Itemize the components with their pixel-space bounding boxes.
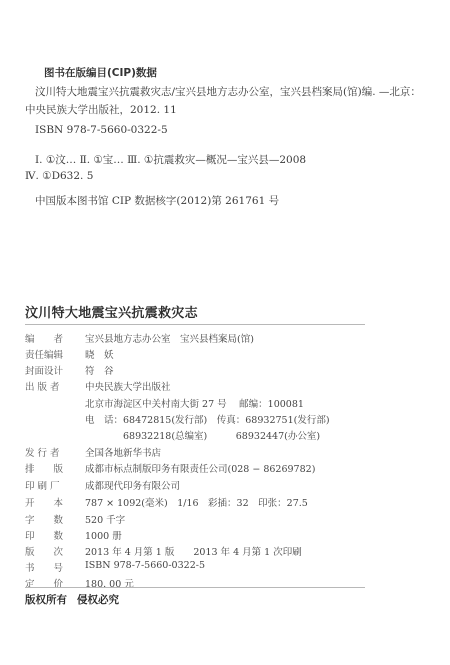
top-divider (25, 324, 365, 325)
copyright-reserved: 版权所有 (25, 594, 67, 606)
row-value: 520 千字 (85, 512, 125, 528)
row-publisher: 出 版 者 中央民族大学出版社 (25, 379, 171, 395)
row-value: 成都现代印务有限公司 (85, 478, 180, 494)
row-value: ISBN 978-7-5660-0322-5 (85, 560, 205, 576)
row-price: 定 价 180. 00 元 (25, 576, 134, 592)
row-format: 开 本 787 × 1092(毫米) 1/16 彩插：32 印张：27.5 (25, 495, 308, 511)
row-label: 责任编辑 (25, 347, 85, 363)
row-value: 宝兴县地方志办公室 宝兴县档案局(馆) (85, 331, 254, 347)
row-label: 印 数 (25, 528, 85, 544)
row-label: 出 版 者 (25, 379, 85, 395)
row-word-count: 字 数 520 千字 (25, 512, 125, 528)
row-publisher-address: 北京市海淀区中关村南大街 27 号 邮编：100081 (25, 396, 304, 412)
cip-classification-2: Ⅳ. ①D632. 5 (25, 170, 93, 182)
row-value: 成都市标点制版印务有限责任公司(028 − 86269782) (85, 461, 315, 477)
row-publisher-phone-2: 68932218(总编室) 68932447(办公室) (25, 428, 320, 444)
row-label: 印 刷 厂 (25, 478, 85, 494)
row-label: 发 行 者 (25, 445, 85, 461)
row-value: 电 话：68472815(发行部) 传真：68932751(发行部) (85, 412, 330, 428)
row-isbn: 书 号 ISBN 978-7-5660-0322-5 (25, 560, 205, 576)
row-value: 180. 00 元 (85, 576, 134, 592)
row-value: 符 谷 (85, 363, 114, 379)
row-value: 中央民族大学出版社 (85, 379, 171, 395)
row-cover-design: 封面设计 符 谷 (25, 363, 114, 379)
row-value: 1000 册 (85, 528, 122, 544)
row-editor: 编 者 宝兴县地方志办公室 宝兴县档案局(馆) (25, 331, 254, 347)
row-value: 2013 年 4 月第 1 版 2013 年 4 月第 1 次印刷 (85, 544, 302, 560)
cip-title-line: 汶川特大地震宝兴抗震救灾志/宝兴县地方志办公室，宝兴县档案局(馆)编. —北京： (35, 84, 421, 99)
book-title: 汶川特大地震宝兴抗震救灾志 (25, 302, 198, 321)
row-label: 字 数 (25, 512, 85, 528)
row-responsible-editor: 责任编辑 晓 妖 (25, 347, 114, 363)
infringement-prohibited: 侵权必究 (77, 594, 119, 606)
bottom-divider (25, 587, 365, 588)
row-value: 全国各地新华书店 (85, 445, 161, 461)
row-value: 787 × 1092(毫米) 1/16 彩插：32 印张：27.5 (85, 495, 308, 511)
row-typesetting: 排 版 成都市标点制版印务有限责任公司(028 − 86269782) (25, 461, 315, 477)
row-label: 定 价 (25, 576, 85, 592)
cip-classification-1: Ⅰ. ①汶… Ⅱ. ①宝… Ⅲ. ①抗震救灾—概况—宝兴县—2008 (35, 152, 306, 167)
row-label (25, 396, 85, 412)
row-label: 排 版 (25, 461, 85, 477)
row-value: 北京市海淀区中关村南大街 27 号 邮编：100081 (85, 396, 304, 412)
row-label: 开 本 (25, 495, 85, 511)
row-value: 晓 妖 (85, 347, 114, 363)
row-label: 版 次 (25, 544, 85, 560)
cip-number: 中国版本图书馆 CIP 数据核字(2012)第 261761 号 (35, 193, 279, 208)
row-label (25, 412, 85, 428)
row-label: 书 号 (25, 560, 85, 576)
row-printer: 印 刷 厂 成都现代印务有限公司 (25, 478, 180, 494)
row-publisher-phone: 电 话：68472815(发行部) 传真：68932751(发行部) (25, 412, 330, 428)
row-label: 编 者 (25, 331, 85, 347)
row-label: 封面设计 (25, 363, 85, 379)
row-print-run: 印 数 1000 册 (25, 528, 122, 544)
row-edition: 版 次 2013 年 4 月第 1 版 2013 年 4 月第 1 次印刷 (25, 544, 302, 560)
cip-isbn: ISBN 978-7-5660-0322-5 (35, 124, 168, 136)
row-label (25, 428, 85, 444)
cip-heading: 图书在版编目(CIP)数据 (44, 65, 157, 80)
cip-publisher-line: 中央民族大学出版社，2012. 11 (25, 102, 177, 117)
row-distributor: 发 行 者 全国各地新华书店 (25, 445, 161, 461)
row-value: 68932218(总编室) 68932447(办公室) (85, 428, 320, 444)
copyright-notice: 版权所有侵权必究 (25, 592, 119, 607)
